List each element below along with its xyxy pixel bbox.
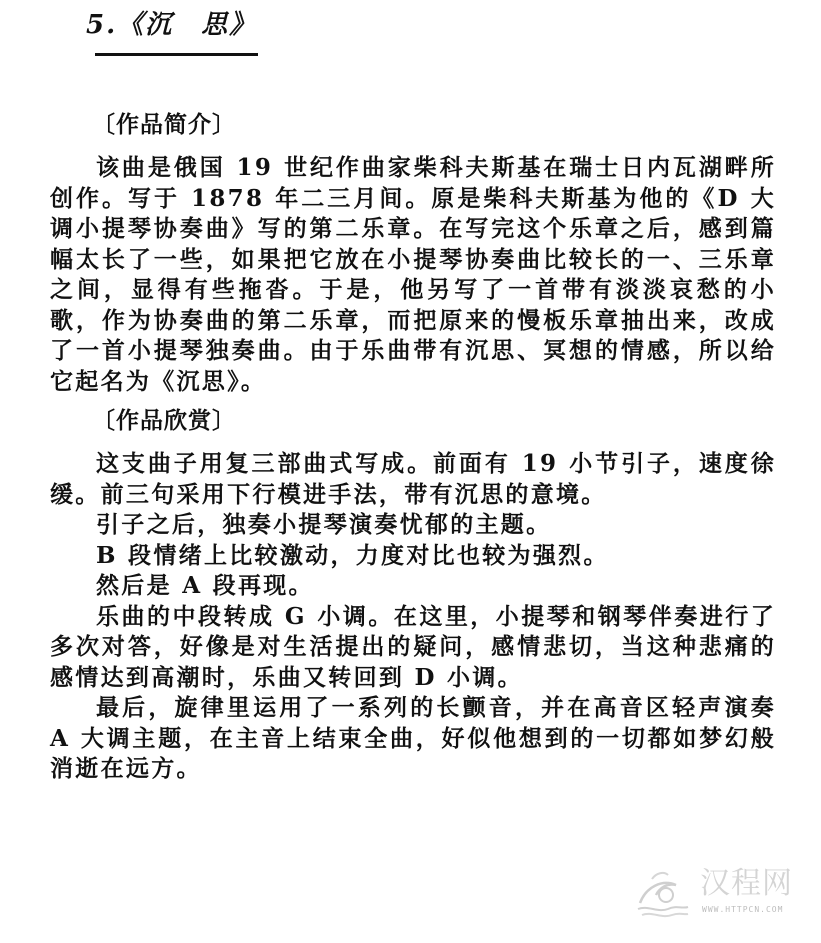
appreciation-paragraph-1: 这支曲子用复三部曲式写成。前面有 19 小节引子，速度徐缓。前三句采用下行模进手… [50,449,776,510]
page-title-block: 5.《沉 思》 [86,8,257,42]
appreciation-paragraph-6: 最后，旋律里运用了一系列的长颤音，并在高音区轻声演奏 A 大调主题，在主音上结束… [50,693,776,785]
title-underline [95,53,258,56]
appreciation-paragraph-5: 乐曲的中段转成 G 小调。在这里，小提琴和钢琴伴奏进行了多次对答，好像是对生活提… [50,602,776,694]
intro-paragraph: 该曲是俄国 19 世纪作曲家柴科夫斯基在瑞士日内瓦湖畔所创作。写于 1878 年… [50,153,776,397]
section-heading-appreciation: 〔作品欣赏〕 [92,406,776,436]
appreciation-paragraph-4: 然后是 A 段再现。 [50,571,776,602]
watermark-url: WWW.HTTPCN.COM [702,905,783,914]
watermark-site-name: 汉程网 [700,867,793,901]
site-watermark: 汉程网 WWW.HTTPCN.COM [632,865,812,935]
appreciation-paragraph-2: 引子之后，独奏小提琴演奏忧郁的主题。 [50,510,776,541]
appreciation-paragraph-3: B 段情绪上比较激动，力度对比也较为强烈。 [50,541,776,572]
section-heading-introduction: 〔作品简介〕 [92,110,776,140]
page-title: 5.《沉 思》 [86,8,257,42]
wave-logo-icon [632,865,692,925]
article-body: 〔作品简介〕 该曲是俄国 19 世纪作曲家柴科夫斯基在瑞士日内瓦湖畔所创作。写于… [50,102,776,785]
